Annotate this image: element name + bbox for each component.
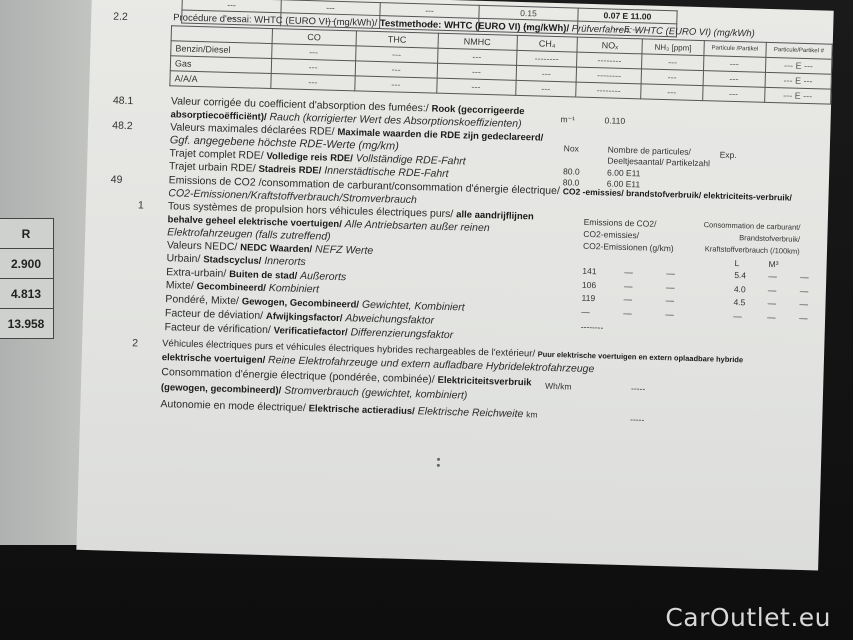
- text-nl: CO2 -emissies/ brandstofverbruik/ elektr…: [563, 186, 792, 202]
- value: -----: [631, 383, 645, 393]
- text-de: Innerstädtische RDE-Fahrt: [324, 165, 449, 180]
- text-de: Innerorts: [264, 255, 306, 268]
- section-number: 48.2: [112, 120, 133, 133]
- text-fr: Extra-urbain/: [166, 266, 226, 280]
- cell: --------: [516, 50, 577, 67]
- text-nl: Elektriciteitsverbruik: [437, 375, 531, 389]
- cell: --------: [576, 82, 641, 99]
- text-de: Gewichtet, Kombiniert: [362, 298, 465, 313]
- exp-header: Exp.: [720, 150, 737, 160]
- text-nl: alle aandrijflijnen: [456, 209, 534, 222]
- cell: --- E ---: [764, 87, 831, 104]
- section-number: 49: [111, 174, 123, 186]
- unit: km: [526, 409, 538, 419]
- electric-range: Autonomie en mode électrique/ Elektrisch…: [160, 398, 537, 422]
- nedc-value-c3: —: [666, 282, 675, 292]
- text-de: Elektrische Reichweite: [418, 405, 524, 420]
- nedc-value-m3: —: [767, 311, 776, 321]
- cell: ---: [515, 80, 576, 97]
- text-nl: (gewogen, gecombineerd)/: [161, 382, 282, 396]
- nedc-value-c3: —: [665, 295, 674, 305]
- unit-l: L: [734, 258, 739, 268]
- particles-value: 6.00 E11: [607, 167, 641, 178]
- text-nl: NEDC Waarden/: [240, 242, 312, 255]
- value: -----: [630, 414, 644, 424]
- co2-header: Emissions de CO2/ CO2-emissies/ CO2-Emis…: [583, 216, 675, 255]
- text-fr: Pondéré, Mixte/: [165, 293, 239, 307]
- speck: [437, 458, 440, 461]
- text-nl: Stadreis RDE/: [258, 164, 321, 177]
- document-page: --- --- --- 0.15 0.07 E 11.00 --- --- --…: [76, 0, 833, 570]
- text-de: Außerorts: [300, 269, 346, 282]
- subsection-number: 1: [138, 199, 144, 211]
- text-fr: Valeurs NEDC/: [167, 239, 238, 253]
- nedc-value-c2: —: [624, 280, 633, 290]
- col-header: Particule /Partikel: [704, 41, 766, 58]
- text-de: Differenzierungsfaktor: [350, 326, 453, 341]
- cell: ---: [703, 71, 765, 88]
- cell: ---: [642, 54, 704, 71]
- text-fr: Mixte/: [166, 279, 194, 292]
- text-de: NEFZ Werte: [315, 243, 373, 257]
- text-fr: Facteur de déviation/: [165, 307, 263, 322]
- section-number: 48.1: [113, 95, 134, 108]
- nedc-value-m4: —: [800, 285, 809, 295]
- left-table-cell: 2.900: [0, 249, 54, 279]
- nedc-value-c3: —: [665, 309, 674, 319]
- text-de: Abweichungsfaktor: [345, 312, 434, 326]
- header-line: CO2-Emissionen (g/km): [583, 240, 674, 255]
- text-nl: Elektrische actieradius/: [309, 403, 415, 417]
- value: 0.110: [604, 115, 625, 126]
- text-nl: Afwijkingsfactor/: [266, 311, 343, 324]
- text-fr: Urbain/: [166, 252, 200, 265]
- nedc-value-m3: —: [767, 298, 776, 308]
- cell: ---: [641, 84, 703, 101]
- particles-header-2: Deeltjesaantal/ Partikelzahl: [607, 155, 710, 168]
- text-nl: Gewogen, Gecombineerd/: [242, 296, 359, 310]
- cell: ---: [355, 76, 437, 93]
- fuel-header: Consommation de carburant/ Brandstofverb…: [703, 219, 801, 258]
- cell: ---: [703, 56, 765, 73]
- nedc-value-co2: —: [581, 306, 590, 316]
- nedc-value-c2: —: [623, 294, 632, 304]
- cell: ---: [270, 74, 355, 91]
- deviation-value: --------: [581, 322, 604, 333]
- nox-value: 80.0: [563, 166, 580, 176]
- left-table-cell: 4.813: [0, 279, 54, 309]
- nedc-value-c2: —: [623, 307, 632, 317]
- text-nl: elektrische voertuigen/: [162, 352, 266, 366]
- nedc-value-m3: —: [768, 271, 777, 281]
- watermark-logo: CarOutlet.eu: [665, 603, 831, 632]
- text-nl: Verificatiefactor/: [274, 325, 348, 338]
- section-number: 2.2: [113, 11, 128, 23]
- text-de: Stromverbrauch (gewichtet, kombiniert): [284, 385, 467, 402]
- unit: Wh/km: [545, 381, 572, 392]
- nedc-value-co2: 106: [582, 279, 596, 289]
- nedc-value-l: —: [733, 311, 742, 321]
- speck: [437, 464, 440, 467]
- nedc-value-m4: —: [799, 312, 808, 322]
- subsection-number: 2: [132, 337, 138, 349]
- nedc-value-m3: —: [768, 284, 777, 294]
- nox-header: Nox: [564, 143, 579, 153]
- nedc-value-co2: 141: [582, 266, 596, 276]
- nedc-value-c3: —: [666, 268, 675, 278]
- left-page-table: R 2.900 4.813 13.958: [0, 218, 54, 339]
- nedc-value-l: 4.5: [733, 297, 745, 307]
- text-nl: Gecombineerd/: [197, 281, 266, 294]
- unit: m⁻¹: [560, 114, 575, 125]
- unit-m3: M³: [768, 259, 778, 269]
- nedc-value-m4: —: [800, 272, 809, 282]
- row-label: A/A/A: [170, 71, 271, 89]
- nedc-value-l: 4.0: [734, 284, 746, 294]
- col-header: CH₄: [517, 35, 578, 52]
- nedc-value-c2: —: [624, 267, 633, 277]
- col-header: NH₃ [ppm]: [642, 39, 704, 56]
- text-fr: Trajet urbain RDE/: [169, 160, 256, 174]
- cell: ---: [516, 65, 577, 82]
- text-fr: Autonomie en mode électrique/: [160, 398, 306, 414]
- text-fr: Facteur de vérification/: [164, 321, 271, 336]
- cell: ---: [641, 69, 703, 86]
- cell: ---: [702, 86, 764, 103]
- text-de: Kombiniert: [269, 282, 320, 295]
- text-nl: Stadscyclus/: [203, 254, 261, 267]
- cell: ---: [436, 78, 515, 95]
- left-table-cell: 13.958: [0, 309, 54, 339]
- text-nl: Buiten de stad/: [229, 268, 297, 281]
- header-line: Kraftstoffverbrauch (/100km): [703, 243, 800, 258]
- left-table-header: R: [0, 219, 54, 249]
- nedc-value-co2: 119: [581, 293, 595, 303]
- nedc-value-l: 5.4: [734, 270, 746, 280]
- nedc-value-m4: —: [799, 299, 808, 309]
